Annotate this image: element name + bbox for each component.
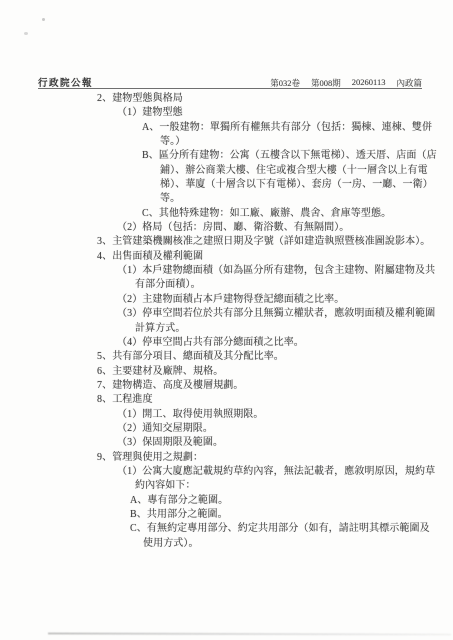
scan-speck: [24, 32, 28, 35]
scan-edge-shadow: [48, 632, 451, 635]
text-line: 8、工程進度: [0, 393, 453, 407]
text-line: 2、建物型態與格局: [0, 92, 453, 106]
text-line: （1）開工、取得使用執照期限。: [0, 408, 453, 422]
gazette-page: 行政院公報 第032卷 第008期 20260113 內政篇 2、建物型態與格局…: [0, 0, 453, 640]
text-line: C、其他特殊建物：如工廠、廠辦、農舍、倉庫等型態。: [0, 207, 453, 221]
text-line: C、有無約定專用部分、約定共用部分（如有，請註明其標示範圍及: [0, 522, 453, 536]
header-rule: [38, 88, 422, 89]
text-line: 使用方式）。: [0, 537, 453, 551]
text-line: A、專有部分之範圍。: [0, 494, 453, 508]
text-line: （1）公寓大廈應記載規約草約內容，無法記載者，應敘明原因，規約草: [0, 465, 453, 479]
text-line: （1）建物型態: [0, 106, 453, 120]
text-line: B、共用部分之範圍。: [0, 508, 453, 522]
text-line: 4、出售面積及權利範圍: [0, 250, 453, 264]
publication-title: 行政院公報: [38, 75, 93, 89]
text-line: 有部分面積）。: [0, 278, 453, 292]
text-line: 約內容如下：: [0, 479, 453, 493]
text-line: 5、共有部分項目、總面積及其分配比率。: [0, 350, 453, 364]
text-line: 梯）、華廈（十層含以下有電梯）、套房（一房、一廳、一衛）: [0, 178, 453, 192]
text-line: 鋪）、辦公商業大樓、住宅或複合型大樓（十一層含以上有電: [0, 164, 453, 178]
scan-speck: [42, 18, 45, 21]
text-line: 6、主要建材及廠牌、規格。: [0, 365, 453, 379]
text-line: （2）格局（包括：房間、廳、衛浴數、有無隔間）。: [0, 221, 453, 235]
text-line: （3）保固期限及範圍。: [0, 436, 453, 450]
text-line: B、區分所有建物：公寓（五樓含以下無電梯）、透天厝、店面（店: [0, 149, 453, 163]
text-line: 計算方式。: [0, 322, 453, 336]
text-line: 等。）: [0, 135, 453, 149]
page-header: 行政院公報 第032卷 第008期 20260113 內政篇: [38, 75, 422, 89]
text-line: （2）主建物面積占本戶建物得登記總面積之比率。: [0, 293, 453, 307]
text-line: 7、建物構造、高度及樓層規劃。: [0, 379, 453, 393]
text-line: （2）通知交屋期限。: [0, 422, 453, 436]
text-line: （3）停車空間若位於共有部分且無獨立權狀者，應敘明面積及權利範圍: [0, 307, 453, 321]
text-line: 3、主管建築機關核准之建照日期及字號（詳如建造執照暨核准圖說影本）。: [0, 235, 453, 249]
text-line: （1）本戶建物總面積（如為區分所有建物，包含主建物、附屬建物及共: [0, 264, 453, 278]
text-line: 等。: [0, 192, 453, 206]
text-line: （4）停車空間占共有部分總面積之比率。: [0, 336, 453, 350]
text-line: 9、管理與使用之規劃：: [0, 451, 453, 465]
document-body: 2、建物型態與格局（1）建物型態A、一般建物：單獨所有權無共有部分（包括：獨棟、…: [0, 92, 453, 551]
text-line: A、一般建物：單獨所有權無共有部分（包括：獨棟、連棟、雙併: [0, 121, 453, 135]
